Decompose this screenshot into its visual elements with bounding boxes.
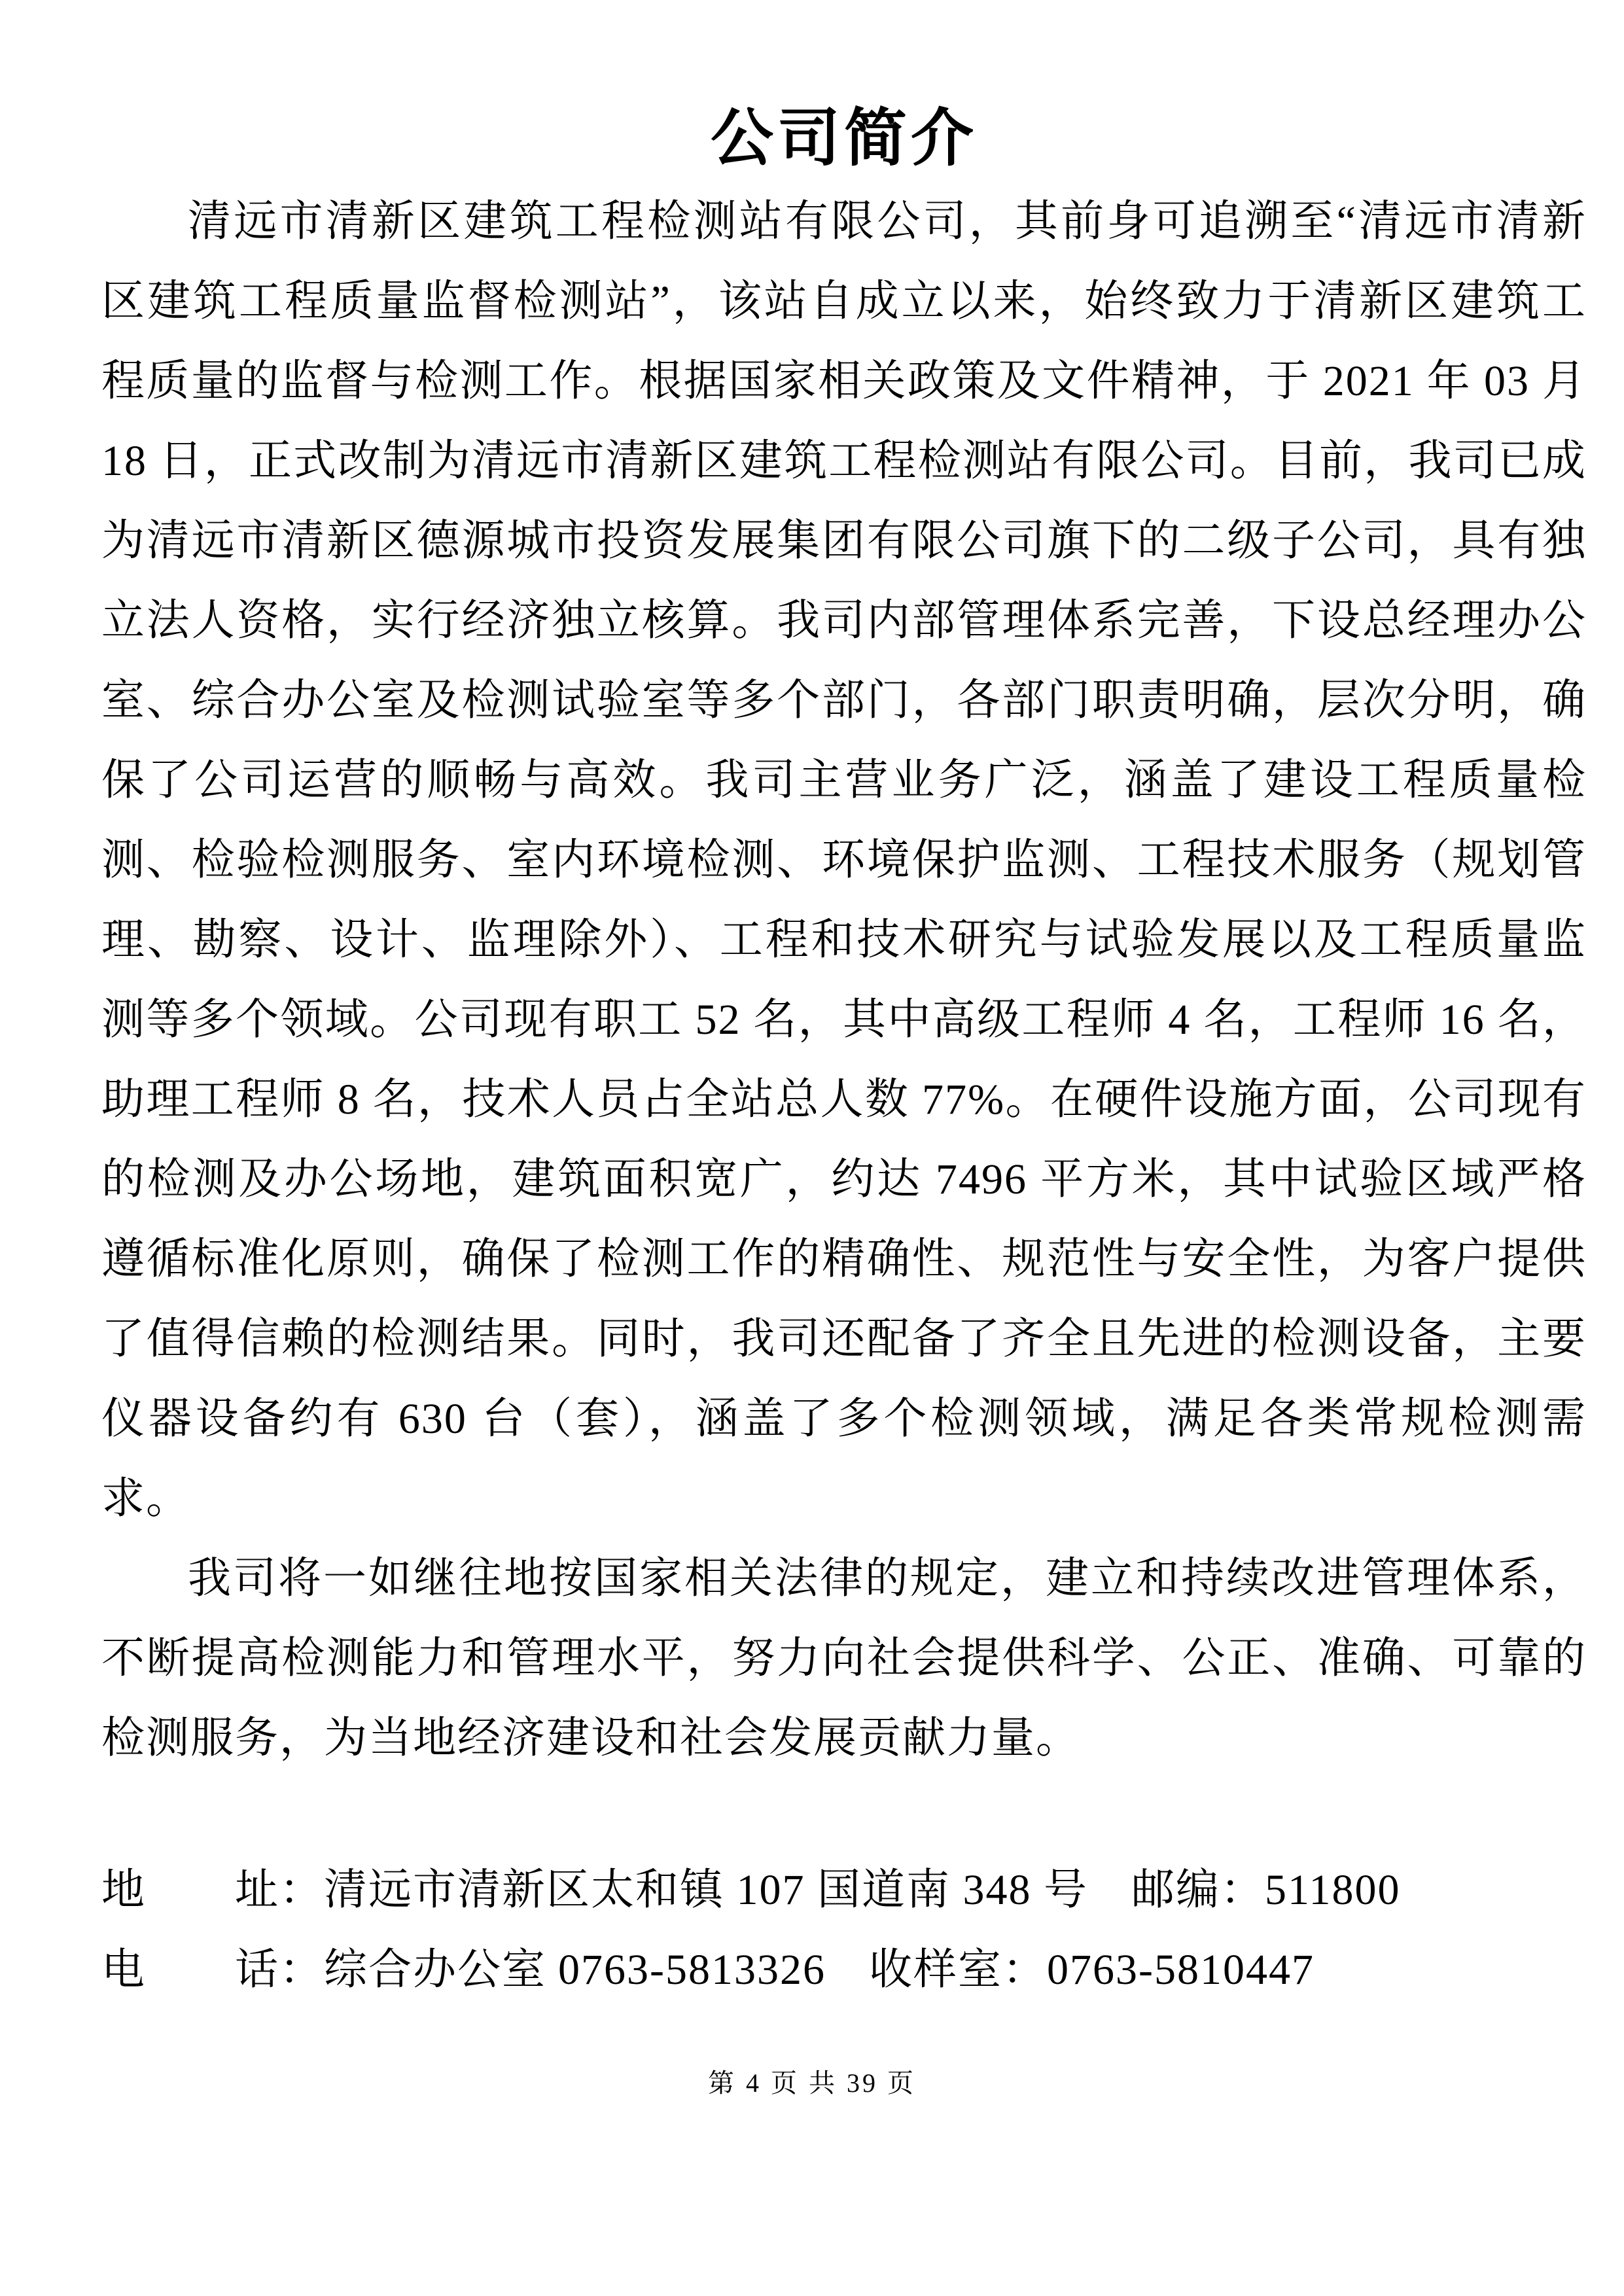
document-page: 公司简介 清远市清新区建筑工程检测站有限公司，其前身可追溯至“清远市清新区建筑工… bbox=[0, 0, 1624, 2296]
address-value: 清远市清新区太和镇 107 国道南 348 号 bbox=[324, 1866, 1088, 1914]
sample-room-label: 收样室： bbox=[869, 1946, 1047, 1994]
office-phone-number: 0763-5813326 bbox=[558, 1946, 826, 1994]
page-content: 公司简介 清远市清新区建筑工程检测站有限公司，其前身可追溯至“清远市清新区建筑工… bbox=[101, 0, 1587, 2010]
sample-room-number: 0763-5810447 bbox=[1047, 1946, 1315, 1994]
phone-line: 电 话：综合办公室0763-5813326收样室：0763-5810447 bbox=[101, 1930, 1587, 2010]
footer-page-text: 第 4 页 共 39 页 bbox=[708, 2068, 916, 2098]
office-phone-label: 综合办公室 bbox=[324, 1946, 546, 1994]
address-label: 地 址： bbox=[101, 1866, 324, 1914]
phone-label: 电 话： bbox=[101, 1946, 324, 1994]
page-footer: 第 4 页 共 39 页 bbox=[0, 2068, 1624, 2099]
postal-label: 邮编： bbox=[1131, 1866, 1265, 1914]
contact-block: 地 址：清远市清新区太和镇 107 国道南 348 号邮编：511800 电 话… bbox=[101, 1850, 1587, 2010]
postal-code: 511800 bbox=[1265, 1866, 1401, 1914]
paragraph-commitment: 我司将一如继往地按国家相关法律的规定，建立和持续改进管理体系，不断提高检测能力和… bbox=[101, 1539, 1587, 1778]
paragraph-company-intro: 清远市清新区建筑工程检测站有限公司，其前身可追溯至“清远市清新区建筑工程质量监督… bbox=[101, 182, 1587, 1539]
address-line: 地 址：清远市清新区太和镇 107 国道南 348 号邮编：511800 bbox=[101, 1850, 1587, 1930]
page-title: 公司简介 bbox=[101, 105, 1587, 173]
